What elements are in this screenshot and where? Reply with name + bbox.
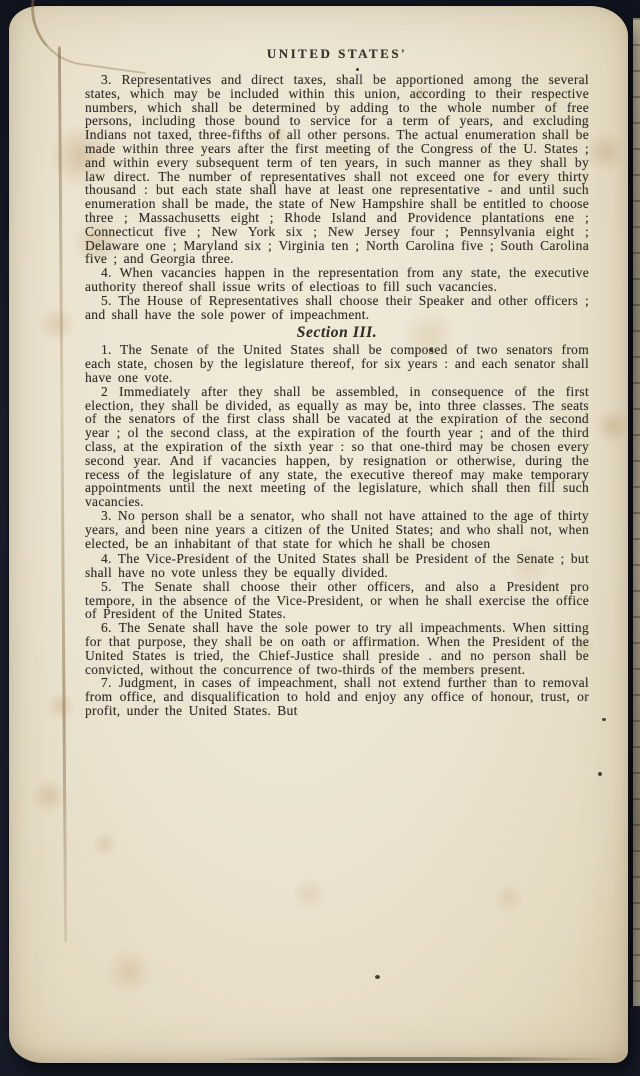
ink-speck bbox=[429, 348, 433, 352]
ink-speck bbox=[602, 718, 606, 721]
page-bottom-crease bbox=[219, 1057, 619, 1061]
adjacent-page-edge bbox=[630, 18, 640, 1006]
page-text-block: UNITED STATES' 3. Representatives and di… bbox=[85, 46, 589, 718]
para-sec2-clause3: 3. Representatives and direct taxes, sha… bbox=[85, 73, 589, 266]
para-sec3-clause4: 4. The Vice-President of the United Stat… bbox=[85, 552, 589, 580]
para-sec3-clause5: 5. The Senate shall choose their other o… bbox=[85, 580, 589, 621]
ink-speck bbox=[375, 975, 380, 979]
para-sec2-clause4: 4. When vacancies happen in the represen… bbox=[85, 266, 589, 294]
para-sec3-clause2: 2 Immediately after they shall be assemb… bbox=[85, 385, 589, 509]
para-sec3-clause7: 7. Judgment, in cases of impeachment, sh… bbox=[85, 676, 589, 717]
ink-speck bbox=[356, 68, 359, 71]
para-sec2-clause5: 5. The House of Representatives shall ch… bbox=[85, 294, 589, 322]
para-sec3-clause3: 3. No person shall be a senator, who sha… bbox=[85, 509, 589, 550]
para-sec3-clause6: 6. The Senate shall have the sole power … bbox=[85, 621, 589, 676]
book-page: UNITED STATES' 3. Representatives and di… bbox=[9, 6, 628, 1063]
running-header: UNITED STATES' bbox=[85, 46, 589, 62]
para-sec3-clause1: 1. The Senate of the United States shall… bbox=[85, 343, 589, 384]
section-heading: Section III. bbox=[85, 324, 589, 341]
ink-speck bbox=[598, 772, 602, 776]
scanned-book-page: UNITED STATES' 3. Representatives and di… bbox=[0, 0, 640, 1076]
